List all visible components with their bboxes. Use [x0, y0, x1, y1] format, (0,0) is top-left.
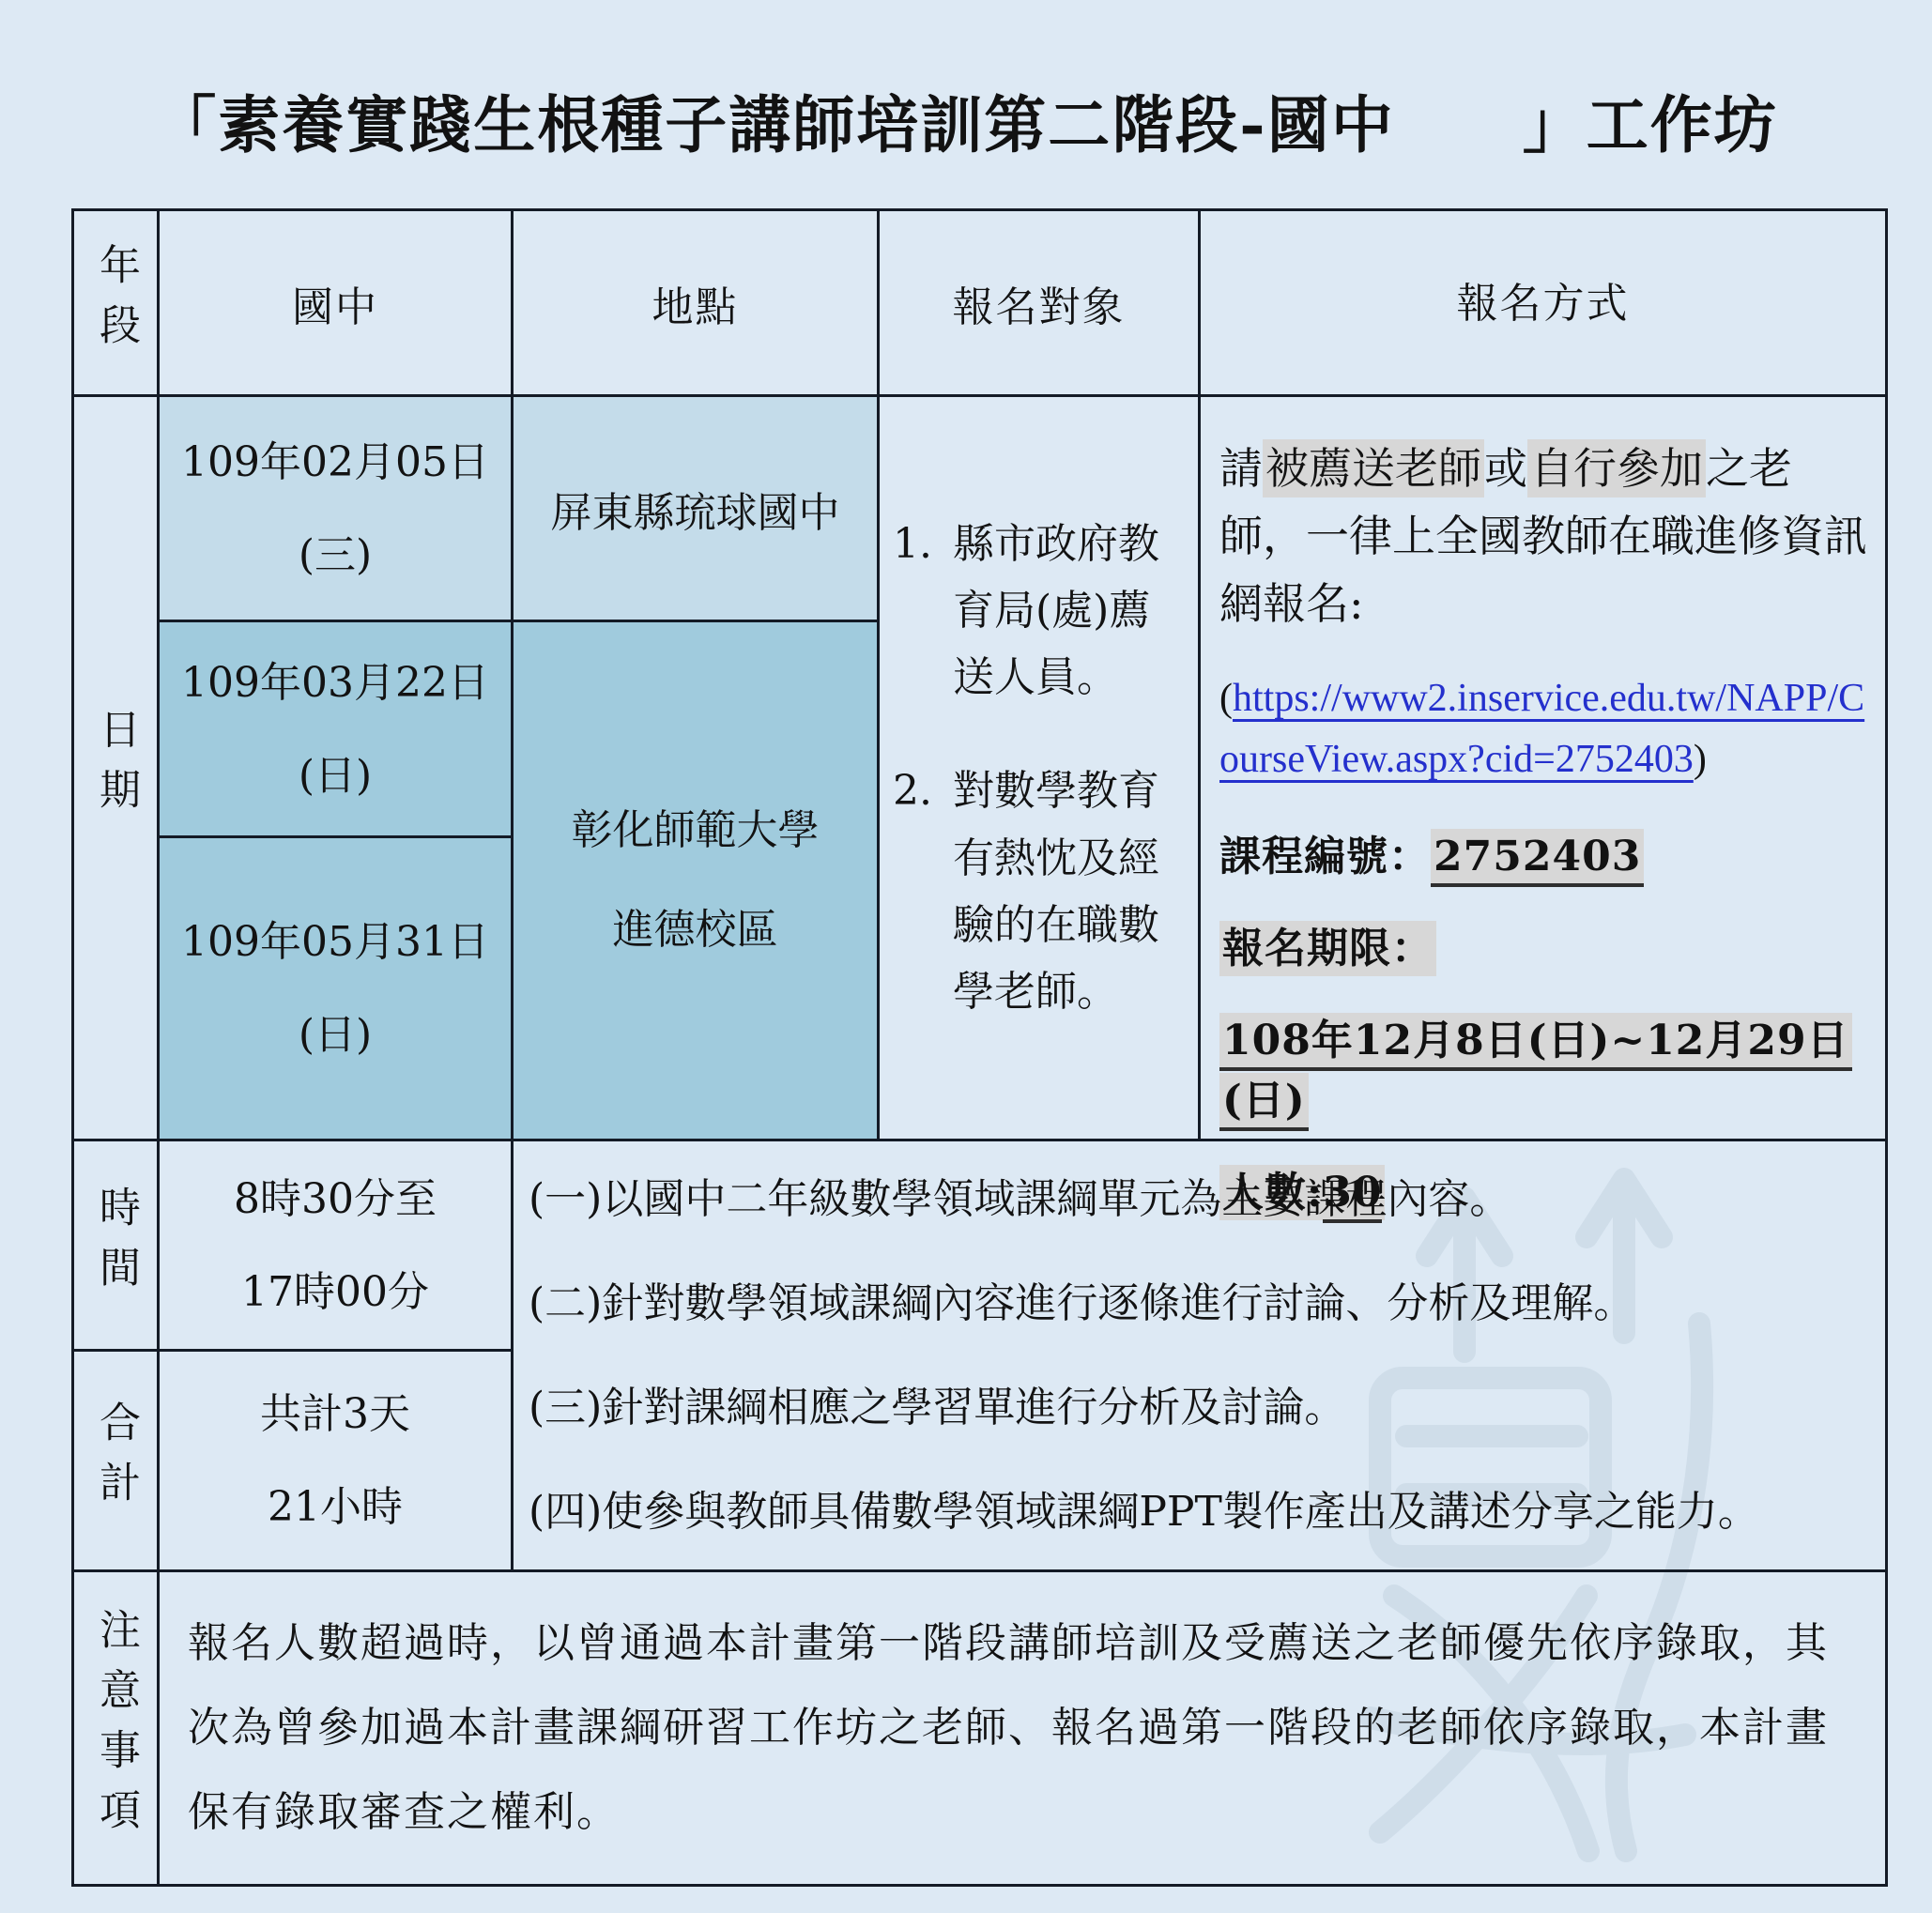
course-item-1: (一)以國中二年級數學領域課綱單元為主要課程內容。	[529, 1172, 1868, 1226]
audience-item-2: 2. 對數學教育有熱忱及經驗的在職數學老師。	[893, 758, 1188, 1025]
time-line2: 17時00分	[234, 1246, 437, 1339]
date-1-weekday: (三)	[181, 509, 489, 602]
date-3-weekday: (日)	[181, 988, 489, 1081]
row-label-time: 時間	[74, 1141, 160, 1352]
course-item-3: (三)針對課綱相應之學習單進行分析及討論。	[529, 1381, 1868, 1434]
header-cell-year-band: 年段	[74, 211, 160, 397]
method-url-line: (https://www2.inservice.edu.tw/NAPP/Cour…	[1219, 668, 1872, 790]
audience-item-1: 1. 縣市政府教育局(處)薦送人員。	[893, 511, 1188, 712]
date-cell-1: 109年02月05日 (三)	[160, 397, 514, 622]
method-paragraph: 請被薦送老師或自行參加之老師，一律上全國教師在職進修資訊網報名:	[1219, 435, 1872, 638]
course-item-4: (四)使參與教師具備數學領域課綱PPT製作產出及講述分享之能力。	[529, 1485, 1868, 1538]
deadline-value-line: 108年12月8日(日)~12月29日(日)	[1219, 1006, 1872, 1126]
time-value-cell: 8時30分至 17時00分	[160, 1141, 514, 1352]
course-number-value: 2752403	[1431, 829, 1644, 887]
header-cell-audience: 報名對象	[880, 211, 1201, 397]
course-number-line: 課程編號：2752403	[1219, 822, 1644, 882]
header-location-label: 地點	[652, 273, 739, 333]
header-cell-method: 報名方式	[1201, 211, 1885, 397]
header-group-label: 國中	[292, 273, 378, 333]
total-label: 合計	[95, 1400, 136, 1521]
header-year-band-label: 年段	[95, 243, 136, 363]
row-label-total: 合計	[74, 1352, 160, 1572]
page-title: 「素養實踐生根種子講師培訓第二階段-國中 」工作坊	[0, 75, 1932, 164]
audience-item-2-text: 對數學教育有熱忱及經驗的在職數學老師。	[953, 758, 1188, 1025]
header-audience-label: 報名對象	[953, 273, 1126, 333]
total-line2: 21小時	[260, 1461, 410, 1553]
audience-cell: 1. 縣市政府教育局(處)薦送人員。 2. 對數學教育有熱忱及經驗的在職數學老師…	[880, 397, 1201, 1141]
location-2-line2: 進德校區	[572, 880, 820, 980]
notes-text: 報名人數超過時，以曾通過本計畫第一階段講師培訓及受薦送之老師優先依序錄取，其次為…	[188, 1601, 1859, 1856]
date-cell-2: 109年03月22日 (日)	[160, 622, 514, 838]
notes-label: 注意事項	[95, 1608, 136, 1848]
method-text-pre: 請	[1219, 443, 1263, 494]
total-line1: 共計3天	[260, 1368, 410, 1461]
header-cell-group: 國中	[160, 211, 514, 397]
location-cell-1: 屏東縣琉球國中	[514, 397, 880, 622]
deadline-label: 報名期限：	[1219, 921, 1436, 976]
date-2-weekday: (日)	[181, 729, 489, 822]
deadline-label-line: 報名期限：	[1219, 914, 1436, 974]
course-number-label: 課程編號：	[1219, 833, 1431, 880]
audience-item-1-number: 1.	[893, 511, 953, 712]
course-content-cell: (一)以國中二年級數學領域課綱單元為主要課程內容。 (二)針對數學領域課綱內容進…	[514, 1141, 1885, 1572]
date-2: 109年03月22日	[181, 636, 489, 729]
date-1: 109年02月05日	[181, 416, 489, 509]
total-value-cell: 共計3天 21小時	[160, 1352, 514, 1572]
location-1: 屏東縣琉球國中	[551, 479, 840, 539]
workshop-table: 年段 國中 地點 報名對象 報名方式 日期 109年02月05日 (三) 屏東縣…	[71, 208, 1888, 1887]
row-label-date: 日期	[74, 397, 160, 1141]
audience-item-2-number: 2.	[893, 758, 953, 1025]
date-3: 109年05月31日	[181, 895, 489, 988]
time-line1: 8時30分至	[234, 1153, 437, 1246]
method-cell: 請被薦送老師或自行參加之老師，一律上全國教師在職進修資訊網報名: (https:…	[1201, 397, 1885, 1141]
location-cell-2: 彰化師範大學 進德校區	[514, 622, 880, 1141]
notes-cell: 報名人數超過時，以曾通過本計畫第一階段講師培訓及受薦送之老師優先依序錄取，其次為…	[160, 1572, 1885, 1884]
course-item-2: (二)針對數學領域課綱內容進行逐條進行討論、分析及理解。	[529, 1277, 1868, 1330]
method-highlight-1: 被薦送老師	[1263, 439, 1484, 497]
url-open-paren: (	[1219, 677, 1233, 720]
audience-item-1-text: 縣市政府教育局(處)薦送人員。	[953, 511, 1188, 712]
deadline-value: 108年12月8日(日)~12月29日(日)	[1219, 1013, 1852, 1131]
date-cell-3: 109年05月31日 (日)	[160, 838, 514, 1141]
url-close-paren: )	[1694, 738, 1707, 781]
time-label: 時間	[95, 1186, 136, 1306]
date-label: 日期	[95, 708, 136, 828]
location-2-line1: 彰化師範大學	[572, 781, 820, 880]
method-text-mid: 或	[1484, 443, 1527, 494]
course-url-link[interactable]: https://www2.inservice.edu.tw/NAPP/Cours…	[1219, 677, 1864, 781]
header-cell-location: 地點	[514, 211, 880, 397]
method-highlight-2: 自行參加	[1527, 439, 1706, 497]
header-method-label: 報名方式	[1457, 269, 1630, 329]
row-label-notes: 注意事項	[74, 1572, 160, 1884]
